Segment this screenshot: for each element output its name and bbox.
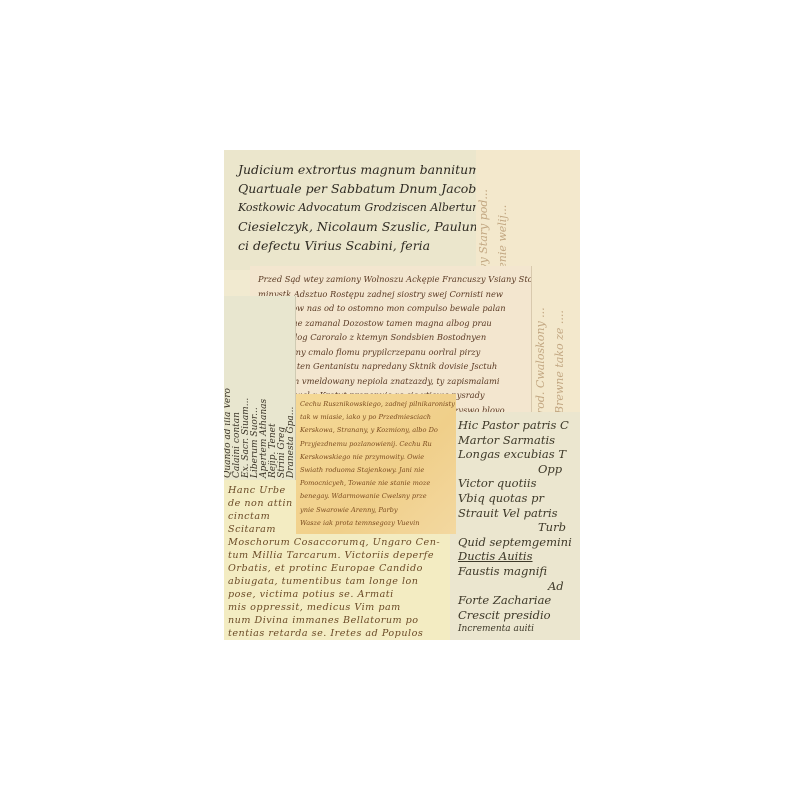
manuscript-line: Kostkowic Advocatum Grodziscen Albertum … <box>238 198 476 217</box>
manuscript-line: Quartuale per Sabbatum Dnum Jacobum <box>238 179 476 198</box>
manuscript-line: tum Millia Tarcarum. Victoriis deperfe <box>228 549 454 562</box>
manuscript-sheet-left-vertical: Quando ad illa Vero Calaini contan Ex. S… <box>224 296 296 482</box>
manuscript-line: Hic Pastor patris C <box>458 418 580 433</box>
manuscript-line: Dranesta Gpa... <box>287 300 296 478</box>
manuscript-line: Swiath roduoma Stajenkowy. Jani nie <box>300 464 456 477</box>
manuscript-line: swida ze ten Gentanistu napredany Sktnik… <box>258 359 531 374</box>
manuscript-line: Quid septemgemini <box>458 535 580 550</box>
manuscript-sheet-orange-polish: Cechu Rusznikowskiego, zadnej pilnikaron… <box>296 394 456 534</box>
manuscript-sheet-right-latin: Hic Pastor patris C Martor Sarmatis Long… <box>450 412 580 640</box>
manuscript-line: Cechu Rusznikowskiego, zadnej pilnikaron… <box>300 398 456 411</box>
manuscript-line: stamwiamy cmalo flomu prypilcrzepanu oor… <box>258 345 531 360</box>
manuscript-collage: Mazur Kowalski ze Domowy Stary pod... z … <box>224 150 580 640</box>
manuscript-line: Martor Sarmatis <box>458 433 580 448</box>
manuscript-line: Moschorum Cosaccorumq, Ungaro Cen- <box>228 536 454 549</box>
manuscript-line: abiugata, tumentibus tam longe lon <box>228 575 454 588</box>
manuscript-line: Ad <box>458 579 580 594</box>
manuscript-line: Victor quotiis <box>458 476 580 491</box>
manuscript-line: Przed Sąd wtey zamiony Wolnoszu Ackępie … <box>258 272 531 287</box>
manuscript-line: num Divina immanes Bellatorum po <box>228 614 454 627</box>
manuscript-line: Incrementa auiti <box>458 622 580 637</box>
manuscript-sheet-top-left: Judicium extrortus magnum bannitum Quart… <box>224 150 476 270</box>
manuscript-line: Opp <box>458 462 580 477</box>
manuscript-line: Judicium extrortus magnum bannitum <box>238 160 476 179</box>
manuscript-line: Vbiq quotas pr <box>458 491 580 506</box>
manuscript-line: tak w miasie, iako y po Przedmiesciach <box>300 411 456 424</box>
manuscript-line: Brewne tako ze .... <box>550 156 569 414</box>
manuscript-line: Crescit presidio <box>458 608 580 623</box>
manuscript-line: Sama ctow nas od to ostomno mon compulso… <box>258 301 531 316</box>
manuscript-line: Longas excubias T <box>458 447 580 462</box>
manuscript-line: Forte Zachariae <box>458 593 580 608</box>
manuscript-line: fermie sue zamanal Dozostow tamen magna … <box>258 316 531 331</box>
manuscript-line: rod. Cwaloskony ... <box>531 156 550 414</box>
manuscript-line: Ciesielczyk, Nicolaum Szuslic, Paulum St… <box>238 217 476 236</box>
manuscript-line: Kerskowa, Stranany, y Kozmiony, albo Do <box>300 424 456 437</box>
manuscript-line: Wasze iak prota temnsegozy Vuevin <box>300 517 456 530</box>
manuscript-line: Turb <box>458 520 580 535</box>
manuscript-line: mis oppressit, medicus Vim pam <box>228 601 454 614</box>
manuscript-line: Pomocnicyeh, Towanie nie stanie moze <box>300 477 456 490</box>
manuscript-line: Ductis Auitis <box>458 549 580 564</box>
manuscript-line: minystk Adsztuo Rostępu zadnej siostry s… <box>258 287 531 302</box>
manuscript-line: Ze on polog Caroralo z ktemyn Sondsbien … <box>258 330 531 345</box>
manuscript-line: ci defectu Virius Scabini, feria <box>238 236 476 255</box>
manuscript-line: Orbatis, et protinc Europae Candido <box>228 562 454 575</box>
manuscript-line: tentias retarda se. Iretes ad Populos <box>228 627 454 640</box>
manuscript-line: Kerskowskiego nie przymowity. Owie <box>300 451 456 464</box>
manuscript-line: Przyjezdnemu pozlanowienij. Cechu Ru <box>300 438 456 451</box>
manuscript-line: pose, victima potius se. Armati <box>228 588 454 601</box>
manuscript-line: Strauit Vel patris <box>458 506 580 521</box>
manuscript-line: benegay. Wdarmowanie Cwelsny prze <box>300 490 456 503</box>
manuscript-line: debaniem vmeldowany nepiola znatzazdy, t… <box>258 374 531 389</box>
manuscript-line: ynie Swarowie Arenny, Parby <box>300 504 456 517</box>
manuscript-line: Faustis magnifi <box>458 564 580 579</box>
